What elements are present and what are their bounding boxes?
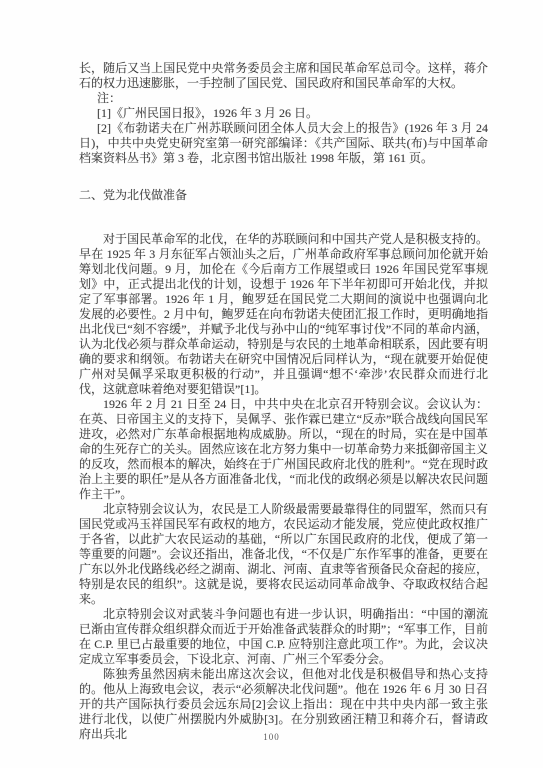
page-content: 长，随后又当上国民党中央常务委员会主席和国民革命军总司令。这样，蒋介石的权力迅速…: [79, 61, 488, 742]
section-heading: 二、党为北伐做准备: [79, 188, 488, 203]
body-paragraph-3: 北京特别会议认为，农民是工人阶级最需要最靠得住的同盟军，然而只有国民党或冯玉祥国…: [79, 502, 488, 607]
body-paragraph-5: 陈独秀虽然因病未能出席这次会议，但他对北伐是积极倡导和热心支持的。他从上海致电会…: [79, 667, 488, 742]
body-paragraph-4: 北京特别会议对武装斗争问题也有进一步认识，明确指出：“中国的潮流已渐由宣传群众组…: [79, 607, 488, 667]
body-paragraph-1: 对于国民革命军的北伐，在华的苏联顾问和中国共产党人是积极支持的。早在 1925 …: [79, 232, 488, 397]
footnote-2: [2]《布勃诺夫在广州苏联顾问团全体人员大会上的报告》(1926 年 3 月 2…: [79, 121, 488, 166]
paragraph-continuation: 长，随后又当上国民党中央常务委员会主席和国民革命军总司令。这样，蒋介石的权力迅速…: [79, 61, 488, 91]
document-page: 长，随后又当上国民党中央常务委员会主席和国民革命军总司令。这样，蒋介石的权力迅速…: [0, 0, 543, 768]
notes-label: 注：: [79, 91, 488, 106]
body-paragraph-2: 1926 年 2 月 21 日至 24 日，中共中央在北京召开特别会议。会议认为…: [79, 397, 488, 502]
page-number: 100: [0, 732, 543, 743]
footnote-1: [1]《广州民国日报》，1926 年 3 月 26 日。: [79, 106, 488, 121]
notes-section: 注： [1]《广州民国日报》，1926 年 3 月 26 日。 [2]《布勃诺夫…: [79, 91, 488, 166]
